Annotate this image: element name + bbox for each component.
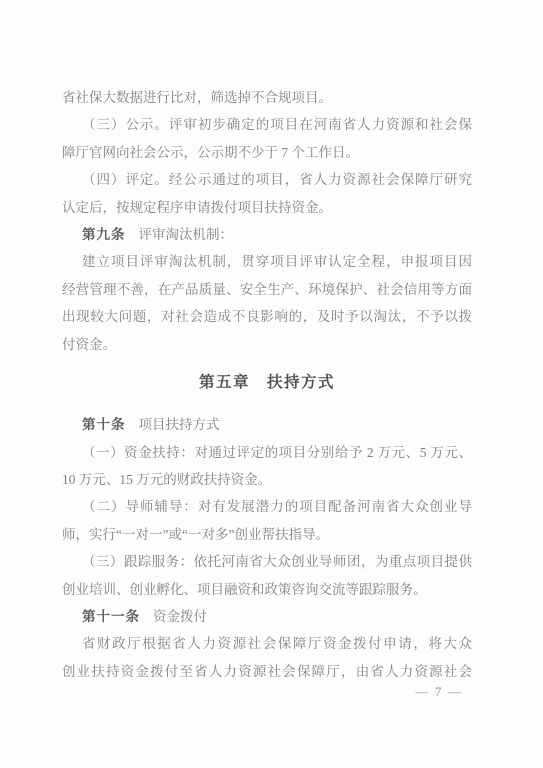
text-line: 省社保大数据进行比对，筛选掉不合规项目。 [62, 84, 472, 111]
text-line: （一）资金扶持：对通过评定的项目分别给予 2 万元、5 万元、 [62, 439, 472, 466]
text-line: 创业扶持资金拨付至省人力资源社会保障厅，由省人力资源社会 [62, 658, 472, 685]
document-body: 省社保大数据进行比对，筛选掉不合规项目。（三）公示。评审初步确定的项目在河南省人… [62, 84, 472, 685]
article-heading-line: 第十一条资金拨付 [62, 603, 472, 630]
article-heading-line: 第十条项目扶持方式 [62, 411, 472, 438]
article-title: 资金拨付 [153, 609, 207, 624]
text-line: 创业培训、创业孵化、项目融资和政策咨询交流等跟踪服务。 [62, 576, 472, 603]
article-heading-line: 第九条评审淘汰机制： [62, 221, 472, 248]
text-line: 10 万元、15 万元的财政扶持资金。 [62, 466, 472, 493]
text-line: （四）评定。经公示通过的项目，省人力资源社会保障厅研究 [62, 166, 472, 193]
text-line: 认定后，按规定程序申请拨付项目扶持资金。 [62, 194, 472, 221]
page-number: — 7 — [416, 685, 464, 700]
text-line: 经营管理不善，在产品质量、安全生产、环境保护、社会信用等方面 [62, 276, 472, 303]
text-line: 出现较大问题，对社会造成不良影响的，及时予以淘汰，不予以拨 [62, 303, 472, 330]
article-number: 第九条 [82, 227, 126, 242]
text-line: （二）导师辅导：对有发展潜力的项目配备河南省大众创业导 [62, 493, 472, 520]
article-number: 第十条 [82, 417, 126, 432]
text-line: 建立项目评审淘汰机制，贯穿项目评审认定全程，申报项目因 [62, 248, 472, 275]
article-title: 评审淘汰机制： [139, 227, 234, 242]
article-title: 项目扶持方式 [139, 417, 220, 432]
chapter-heading: 第五章 扶持方式 [62, 369, 472, 396]
article-number: 第十一条 [82, 609, 140, 624]
text-line: 师，实行“一对一”或“一对多”创业帮扶指导。 [62, 521, 472, 548]
document-page: 省社保大数据进行比对，筛选掉不合规项目。（三）公示。评审初步确定的项目在河南省人… [0, 0, 543, 768]
text-line: 省财政厅根据省人力资源社会保障厅资金拨付申请，将大众 [62, 630, 472, 657]
text-line: （三）跟踪服务：依托河南省大众创业导师团，为重点项目提供 [62, 548, 472, 575]
text-line: 付资金。 [62, 331, 472, 358]
text-line: 障厅官网向社会公示，公示期不少于 7 个工作日。 [62, 139, 472, 166]
text-line: （三）公示。评审初步确定的项目在河南省人力资源和社会保 [62, 111, 472, 138]
